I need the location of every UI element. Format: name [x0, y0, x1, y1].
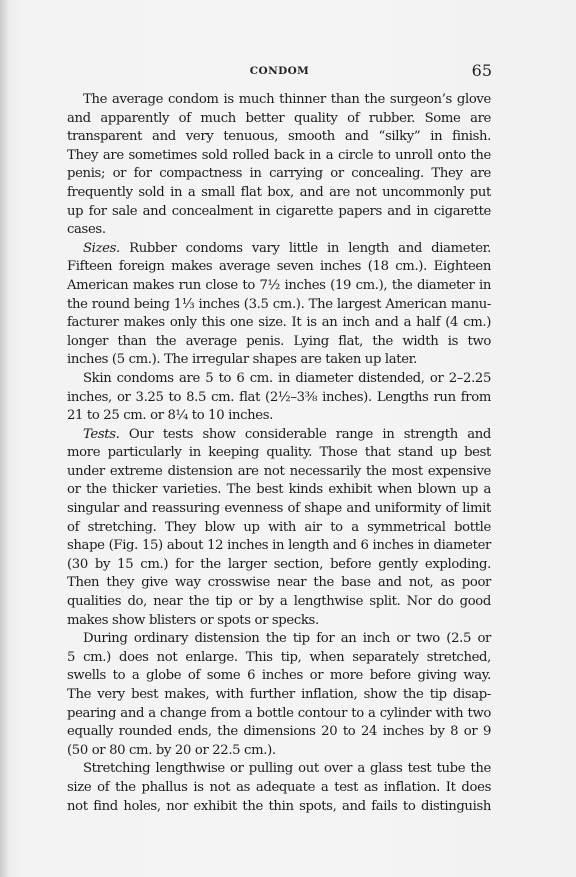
- text-line: penis; or for compactness in carrying or…: [67, 165, 491, 184]
- line-text: transparent and very tenuous, smooth and…: [67, 129, 491, 144]
- text-line: up for sale and concealment in cigarette…: [67, 203, 491, 222]
- text-line: The very best makes, with further inflat…: [67, 686, 491, 705]
- text-line: During ordinary distension the tip for a…: [67, 630, 491, 649]
- text-line: qualities do, near the tip or by a lengt…: [67, 593, 491, 612]
- text-line: the round being 1⅓ inches (3.5 cm.). The…: [67, 296, 491, 315]
- text-line: or the thicker varieties. The best kinds…: [67, 481, 491, 500]
- text-line: singular and reassuring evenness of shap…: [67, 500, 491, 519]
- text-line: Then they give way crosswise near the ba…: [67, 574, 491, 593]
- paragraph: The average condom is much thinner than …: [67, 91, 491, 240]
- text-line: under extreme distension are not necessa…: [67, 463, 491, 482]
- line-text: equally rounded ends, the dimensions 20 …: [67, 724, 491, 739]
- line-text: Fifteen foreign makes average seven inch…: [67, 259, 491, 274]
- line-text: or the thicker varieties. The best kinds…: [67, 482, 491, 497]
- text-line: frequently sold in a small flat box, and…: [67, 184, 491, 203]
- text-line: transparent and very tenuous, smooth and…: [67, 128, 491, 147]
- text-line: pearing and a change from a bottle conto…: [67, 705, 491, 724]
- spine-shadow: [0, 0, 10, 877]
- line-text: The very best makes, with further inflat…: [67, 687, 491, 702]
- running-head: CONDOM 65: [67, 61, 492, 83]
- section-lead: Sizes.: [83, 241, 120, 256]
- text-line: American makes run close to 7½ inches (1…: [67, 277, 491, 296]
- paragraph: Stretching lengthwise or pulling out ove…: [67, 760, 491, 816]
- page-number: 65: [472, 61, 492, 80]
- line-text: (50 or 80 cm. by 20 or 22.5 cm.).: [67, 743, 276, 758]
- text-line: inches, or 3.25 to 8.5 cm. flat (2½–3⅜ i…: [67, 389, 491, 408]
- text-line: 5 cm.) does not enlarge. This tip, when …: [67, 649, 491, 668]
- text-line: makes show blisters or spots or specks.: [67, 612, 491, 631]
- text-line: swells to a globe of some 6 inches or mo…: [67, 667, 491, 686]
- text-line: not find holes, nor exhibit the thin spo…: [67, 798, 491, 817]
- line-text: They are sometimes sold rolled back in a…: [67, 148, 491, 163]
- line-text: Stretching lengthwise or pulling out ove…: [83, 761, 491, 776]
- text-line: Skin condoms are 5 to 6 cm. in diameter …: [67, 370, 491, 389]
- line-text: Then they give way crosswise near the ba…: [67, 575, 491, 590]
- line-text: 5 cm.) does not enlarge. This tip, when …: [67, 650, 491, 665]
- running-title: CONDOM: [67, 65, 492, 77]
- line-text: penis; or for compactness in carrying or…: [67, 166, 491, 181]
- line-text: makes show blisters or spots or specks.: [67, 613, 319, 628]
- line-text: American makes run close to 7½ inches (1…: [67, 278, 491, 293]
- body-text: The average condom is much thinner than …: [67, 91, 491, 816]
- line-text: singular and reassuring evenness of shap…: [67, 501, 491, 516]
- text-line: cases.: [67, 221, 491, 240]
- line-text: During ordinary distension the tip for a…: [83, 631, 491, 646]
- text-line: (30 by 15 cm.) for the larger section, b…: [67, 556, 491, 575]
- line-text: shape (Fig. 15) about 12 inches in lengt…: [67, 538, 491, 553]
- text-line: (50 or 80 cm. by 20 or 22.5 cm.).: [67, 742, 491, 761]
- text-line: equally rounded ends, the dimensions 20 …: [67, 723, 491, 742]
- paragraph: Tests. Our tests show considerable range…: [67, 426, 491, 631]
- text-line: inches (5 cm.). The irregular shapes are…: [67, 351, 491, 370]
- text-line: They are sometimes sold rolled back in a…: [67, 147, 491, 166]
- text-line: Sizes. Rubber condoms vary little in len…: [67, 240, 491, 259]
- text-line: shape (Fig. 15) about 12 inches in lengt…: [67, 537, 491, 556]
- line-text: frequently sold in a small flat box, and…: [67, 185, 491, 200]
- line-text: inches, or 3.25 to 8.5 cm. flat (2½–3⅜ i…: [67, 390, 491, 405]
- line-text: Skin condoms are 5 to 6 cm. in diameter …: [83, 371, 491, 386]
- line-text: qualities do, near the tip or by a lengt…: [67, 594, 491, 609]
- line-text: of stretching. They blow up with air to …: [67, 520, 491, 535]
- line-text: longer than the average penis. Lying fla…: [67, 334, 491, 349]
- paragraph: Skin condoms are 5 to 6 cm. in diameter …: [67, 370, 491, 426]
- line-text: the round being 1⅓ inches (3.5 cm.). The…: [67, 297, 491, 312]
- paragraph: Sizes. Rubber condoms vary little in len…: [67, 240, 491, 370]
- line-text: cases.: [67, 222, 106, 237]
- text-line: The average condom is much thinner than …: [67, 91, 491, 110]
- text-line: 21 to 25 cm. or 8¼ to 10 inches.: [67, 407, 491, 426]
- line-text: pearing and a change from a bottle conto…: [67, 706, 491, 721]
- line-text: and apparently of much better quality of…: [67, 111, 491, 126]
- text-line: Stretching lengthwise or pulling out ove…: [67, 760, 491, 779]
- text-line: more particularly in keeping quality. Th…: [67, 444, 491, 463]
- text-line: and apparently of much better quality of…: [67, 110, 491, 129]
- section-lead: Tests.: [83, 427, 120, 442]
- line-text: 21 to 25 cm. or 8¼ to 10 inches.: [67, 408, 273, 423]
- line-text: inches (5 cm.). The irregular shapes are…: [67, 352, 417, 367]
- line-text: (30 by 15 cm.) for the larger section, b…: [67, 557, 491, 572]
- line-text: more particularly in keeping quality. Th…: [67, 445, 491, 460]
- line-text: size of the phallus is not as adequate a…: [67, 780, 491, 795]
- line-text: under extreme distension are not necessa…: [67, 464, 491, 479]
- line-text: Our tests show considerable range in str…: [120, 427, 491, 442]
- text-line: of stretching. They blow up with air to …: [67, 519, 491, 538]
- text-line: size of the phallus is not as adequate a…: [67, 779, 491, 798]
- text-line: Fifteen foreign makes average seven inch…: [67, 258, 491, 277]
- line-text: swells to a globe of some 6 inches or mo…: [67, 668, 491, 683]
- line-text: up for sale and concealment in cigarette…: [67, 204, 491, 219]
- book-page: CONDOM 65 The average condom is much thi…: [0, 0, 576, 877]
- text-line: Tests. Our tests show considerable range…: [67, 426, 491, 445]
- text-line: facturer makes only this one size. It is…: [67, 314, 491, 333]
- paragraph: During ordinary distension the tip for a…: [67, 630, 491, 760]
- line-text: not find holes, nor exhibit the thin spo…: [67, 799, 491, 814]
- line-text: facturer makes only this one size. It is…: [67, 315, 491, 330]
- line-text: Rubber condoms vary little in length and…: [120, 241, 491, 256]
- line-text: The average condom is much thinner than …: [83, 92, 491, 107]
- text-line: longer than the average penis. Lying fla…: [67, 333, 491, 352]
